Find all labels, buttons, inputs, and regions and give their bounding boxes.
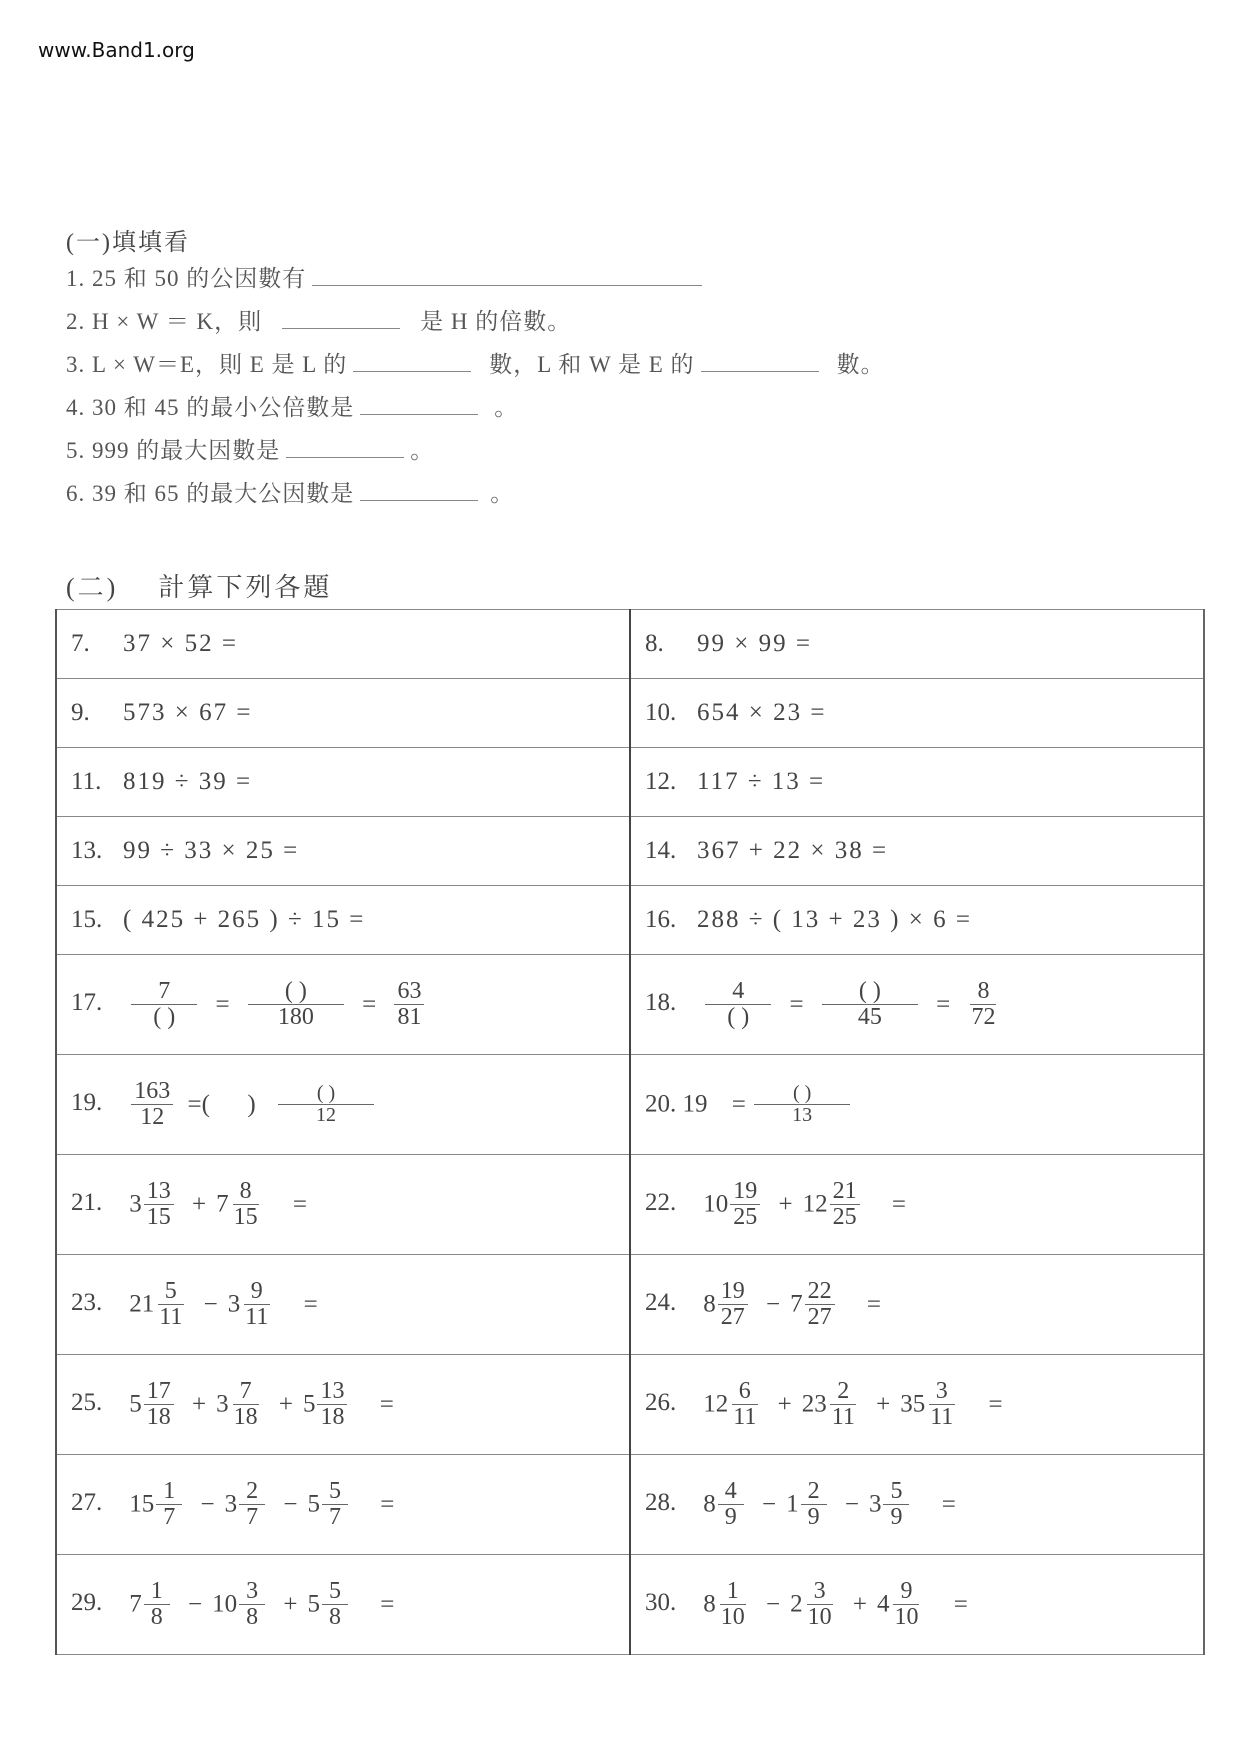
question-28[interactable]: 28. 849 −129 −359 = [630, 1455, 1204, 1555]
question-12[interactable]: 12.117 ÷ 13 = [630, 748, 1204, 817]
whole-part: 5 [307, 1591, 320, 1618]
answer-blank[interactable] [286, 431, 404, 458]
table-row: 21. 31315 +7815 = 22. 101925 +122125 = [56, 1155, 1204, 1255]
whole-part: 3 [216, 1391, 229, 1418]
question-number: 18. [645, 989, 697, 1017]
question-16[interactable]: 16.288 ÷ ( 13 + 23 ) × 6 = [630, 886, 1204, 955]
whole-part: 10 [212, 1591, 237, 1618]
table-row: 27. 1517 −327 −557 = 28. 849 −129 −359 = [56, 1455, 1204, 1555]
question-text: 1. 25 和 50 的公因數有 [66, 266, 306, 291]
fraction: 1318 [317, 1379, 347, 1430]
whole-part: 2 [790, 1591, 803, 1618]
fraction: 59 [883, 1479, 909, 1530]
numerator: 3 [929, 1379, 955, 1405]
operator: + [279, 1391, 293, 1418]
section-number: (二) [66, 573, 118, 602]
question-number: 21. [71, 1189, 123, 1217]
fraction: ( )13 [754, 1083, 850, 1126]
whole-part: 15 [129, 1491, 154, 1518]
question-number: 13. [71, 837, 123, 865]
question-19[interactable]: 19. 16312 =( ) ( )12 [56, 1055, 630, 1155]
denominator: 7 [326, 1505, 344, 1530]
fraction: 38 [239, 1579, 265, 1630]
denominator: 8 [243, 1605, 261, 1630]
question-21[interactable]: 21. 31315 +7815 = [56, 1155, 630, 1255]
numerator: 6 [732, 1379, 758, 1405]
numerator: 17 [144, 1379, 174, 1405]
numerator: 3 [239, 1579, 265, 1605]
numerator: 13 [144, 1179, 174, 1205]
watermark: www.Band1.org [38, 38, 195, 62]
equals-sign: = [867, 1291, 881, 1318]
table-row: 23. 21511 −3911 = 24. 81927 −72227 = [56, 1255, 1204, 1355]
denominator: 45 [855, 1005, 885, 1030]
question-15[interactable]: 15.( 425 + 265 ) ÷ 15 = [56, 886, 630, 955]
question-number: 23. [71, 1289, 123, 1317]
table-row: 29. 718 −1038 +558 = 30. 8110 −2310 +491… [56, 1555, 1204, 1655]
question-number: 16. [645, 906, 697, 934]
whole-part: 1 [786, 1491, 799, 1518]
question-8[interactable]: 8.99 × 99 = [630, 610, 1204, 679]
answer-blank[interactable] [701, 345, 819, 372]
denominator: 11 [829, 1405, 858, 1430]
numerator-blank[interactable]: ( ) [754, 1083, 850, 1105]
numerator: 7 [233, 1379, 259, 1405]
fraction: 1925 [730, 1179, 760, 1230]
equals-sign: = [732, 1091, 746, 1118]
numerator: 19 [730, 1179, 760, 1205]
denominator: 18 [144, 1405, 174, 1430]
numerator-blank[interactable]: ( ) [248, 979, 344, 1005]
table-row: 9.573 × 67 = 10.654 × 23 = [56, 679, 1204, 748]
numerator: 5 [883, 1479, 909, 1505]
question-3: 3. L × W＝E，則 E 是 L 的數，L 和 W 是 E 的數。 [66, 343, 885, 386]
numerator: 2 [830, 1379, 856, 1405]
denominator: 9 [722, 1505, 740, 1530]
question-13[interactable]: 13.99 ÷ 33 × 25 = [56, 817, 630, 886]
question-number: 7. [71, 630, 123, 658]
question-7[interactable]: 7.37 × 52 = [56, 610, 630, 679]
whole-part: 21 [129, 1291, 154, 1318]
question-text: 2. H × W ＝ K，則 [66, 309, 262, 334]
denominator: 180 [275, 1005, 317, 1030]
whole-part: 7 [216, 1191, 229, 1218]
denominator: 13 [789, 1105, 815, 1126]
equals-sign: = [304, 1291, 318, 1318]
fraction: 1315 [144, 1179, 174, 1230]
question-27[interactable]: 27. 1517 −327 −557 = [56, 1455, 630, 1555]
denominator: 25 [830, 1205, 860, 1230]
question-30[interactable]: 30. 8110 −2310 +4910 = [630, 1555, 1204, 1655]
fraction: 511 [156, 1279, 185, 1330]
numerator: 9 [893, 1579, 919, 1605]
numerator: 2 [801, 1479, 827, 1505]
question-5: 5. 999 的最大因數是。 [66, 429, 885, 472]
answer-blank[interactable] [353, 345, 471, 372]
question-number: 12. [645, 768, 697, 796]
question-26[interactable]: 26. 12611 +23211 +35311 = [630, 1355, 1204, 1455]
question-number: 29. [71, 1589, 123, 1617]
fraction: 18 [144, 1579, 170, 1630]
numerator: 8 [970, 979, 996, 1005]
denominator: 12 [137, 1105, 167, 1130]
numerator: 19 [718, 1279, 748, 1305]
denominator: 7 [243, 1505, 261, 1530]
denominator: 8 [148, 1605, 166, 1630]
whole-number-blank[interactable]: =( ) [188, 1091, 256, 1118]
numerator: 8 [233, 1179, 259, 1205]
equals-sign: = [293, 1191, 307, 1218]
question-text: 。 [494, 395, 518, 420]
numerator-blank[interactable]: ( ) [278, 1083, 374, 1105]
equals-sign: = [380, 1491, 394, 1518]
question-23[interactable]: 23. 21511 −3911 = [56, 1255, 630, 1355]
operator: + [876, 1391, 890, 1418]
expression: 99 × 99 = [697, 630, 812, 657]
question-number: 17. [71, 989, 123, 1017]
operator: − [201, 1491, 215, 1518]
question-29[interactable]: 29. 718 −1038 +558 = [56, 1555, 630, 1655]
numerator-blank[interactable]: ( ) [822, 979, 918, 1005]
denominator: 18 [231, 1405, 261, 1430]
denominator: 25 [730, 1205, 760, 1230]
numerator: 4 [718, 1479, 744, 1505]
numerator: 5 [158, 1279, 184, 1305]
numerator: 7 [131, 979, 197, 1005]
denominator: 10 [891, 1605, 921, 1630]
question-number: 30. [645, 1589, 697, 1617]
question-number: 10. [645, 699, 697, 727]
whole-part: 3 [225, 1491, 238, 1518]
table-row: 17. 7( ) = ( )180 = 6381 18. 4( ) = ( )4… [56, 955, 1204, 1055]
question-number: 9. [71, 699, 123, 727]
equals-sign: = [892, 1191, 906, 1218]
denominator: 7 [160, 1505, 178, 1530]
fraction: 910 [891, 1579, 921, 1630]
equals-sign: = [936, 991, 950, 1018]
question-number: 14. [645, 837, 697, 865]
whole-part: 3 [869, 1491, 882, 1518]
operator: − [845, 1491, 859, 1518]
question-10[interactable]: 10.654 × 23 = [630, 679, 1204, 748]
fraction: 815 [231, 1179, 261, 1230]
numerator: 22 [805, 1279, 835, 1305]
operator: − [188, 1591, 202, 1618]
fraction: 16312 [131, 1079, 173, 1130]
question-17[interactable]: 17. 7( ) = ( )180 = 6381 [56, 955, 630, 1055]
equals-sign: = [954, 1591, 968, 1618]
equals-sign: = [362, 991, 376, 1018]
numerator: 1 [144, 1579, 170, 1605]
table-row: 13.99 ÷ 33 × 25 = 14.367 + 22 × 38 = [56, 817, 1204, 886]
fraction: ( )180 [248, 979, 344, 1030]
fraction: 17 [156, 1479, 182, 1530]
fraction: 6381 [394, 979, 424, 1030]
numerator: 9 [244, 1279, 270, 1305]
question-1: 1. 25 和 50 的公因數有 [66, 257, 885, 300]
question-number: 8. [645, 630, 697, 658]
operator: + [778, 1391, 792, 1418]
denominator: 18 [317, 1405, 347, 1430]
denominator: 12 [313, 1105, 339, 1126]
denominator-blank[interactable]: ( ) [724, 1005, 752, 1030]
table-row: 19. 16312 =( ) ( )12 20. 19 = ( )13 [56, 1055, 1204, 1155]
answer-blank[interactable] [282, 302, 400, 329]
denominator: 15 [144, 1205, 174, 1230]
denominator: 11 [730, 1405, 759, 1430]
question-11[interactable]: 11.819 ÷ 39 = [56, 748, 630, 817]
denominator: 9 [887, 1505, 905, 1530]
question-text: 是 H 的倍數。 [420, 309, 571, 334]
numerator: 21 [830, 1179, 860, 1205]
fraction: 1718 [144, 1379, 174, 1430]
expression: 367 + 22 × 38 = [697, 837, 888, 864]
table-row: 25. 51718 +3718 +51318 = 26. 12611 +2321… [56, 1355, 1204, 1455]
equals-sign: = [989, 1391, 1003, 1418]
whole-part: 23 [802, 1391, 827, 1418]
fraction: 611 [730, 1379, 759, 1430]
numerator: 3 [807, 1579, 833, 1605]
operator: + [192, 1191, 206, 1218]
question-text: 數，L 和 W 是 E 的 [489, 352, 694, 377]
operator: − [766, 1591, 780, 1618]
question-20[interactable]: 20. 19 = ( )13 [630, 1055, 1204, 1155]
question-number: 28. [645, 1489, 697, 1517]
equals-sign: = [216, 991, 230, 1018]
whole-part: 5 [307, 1491, 320, 1518]
section-2-title: (二)計算下列各題 [66, 567, 332, 604]
operator: + [192, 1391, 206, 1418]
question-18[interactable]: 18. 4( ) = ( )45 = 872 [630, 955, 1204, 1055]
expression: ( 425 + 265 ) ÷ 15 = [123, 906, 365, 933]
question-number: 25. [71, 1389, 123, 1417]
denominator: 11 [927, 1405, 956, 1430]
question-text: 6. 39 和 65 的最大公因數是 [66, 481, 354, 506]
denominator: 15 [231, 1205, 261, 1230]
whole-part: 12 [703, 1391, 728, 1418]
denominator: 72 [968, 1005, 998, 1030]
question-9[interactable]: 9.573 × 67 = [56, 679, 630, 748]
fraction: 2125 [830, 1179, 860, 1230]
whole-part: 8 [703, 1591, 716, 1618]
fraction: 110 [718, 1579, 748, 1630]
fill-in-section: (一)填填看 1. 25 和 50 的公因數有 2. H × W ＝ K，則是 … [66, 222, 885, 515]
section-heading: 計算下列各題 [158, 573, 332, 602]
whole-part: 5 [129, 1391, 142, 1418]
question-number: 19. [71, 1089, 123, 1117]
numerator: 5 [322, 1579, 348, 1605]
numerator: 2 [239, 1479, 265, 1505]
fraction: 27 [239, 1479, 265, 1530]
numerator: 1 [720, 1579, 746, 1605]
question-number: 24. [645, 1289, 697, 1317]
fraction: 2227 [805, 1279, 835, 1330]
question-text: 數。 [837, 352, 885, 377]
expression: 288 ÷ ( 13 + 23 ) × 6 = [697, 906, 972, 933]
fraction: 872 [968, 979, 998, 1030]
operator: − [204, 1291, 218, 1318]
operator: − [283, 1491, 297, 1518]
equals-sign: = [380, 1391, 394, 1418]
question-number: 20. 19 [645, 1091, 708, 1118]
question-text: 4. 30 和 45 的最小公倍數是 [66, 395, 354, 420]
operator: − [766, 1291, 780, 1318]
denominator: 81 [394, 1005, 424, 1030]
whole-part: 10 [703, 1191, 728, 1218]
numerator: 1 [156, 1479, 182, 1505]
answer-blank[interactable] [360, 474, 478, 501]
question-text: 。 [410, 438, 434, 463]
whole-part: 7 [129, 1591, 142, 1618]
denominator: 10 [805, 1605, 835, 1630]
numerator: 63 [394, 979, 424, 1005]
operator: + [779, 1191, 793, 1218]
fraction: ( )12 [278, 1083, 374, 1126]
table-row: 15.( 425 + 265 ) ÷ 15 = 16.288 ÷ ( 13 + … [56, 886, 1204, 955]
question-22[interactable]: 22. 101925 +122125 = [630, 1155, 1204, 1255]
numerator: 4 [705, 979, 771, 1005]
equals-sign: = [380, 1591, 394, 1618]
whole-part: 7 [790, 1291, 803, 1318]
fraction: 57 [322, 1479, 348, 1530]
question-25[interactable]: 25. 51718 +3718 +51318 = [56, 1355, 630, 1455]
question-number: 15. [71, 906, 123, 934]
question-text: 。 [490, 481, 514, 506]
numerator: 163 [131, 1079, 173, 1105]
section-1-title: (一)填填看 [66, 222, 885, 257]
fraction: 4( ) [705, 979, 771, 1030]
fraction: 58 [322, 1579, 348, 1630]
whole-part: 3 [228, 1291, 241, 1318]
question-24[interactable]: 24. 81927 −72227 = [630, 1255, 1204, 1355]
fraction: 718 [231, 1379, 261, 1430]
fraction: 211 [829, 1379, 858, 1430]
question-6: 6. 39 和 65 的最大公因數是。 [66, 472, 885, 515]
expression: 99 ÷ 33 × 25 = [123, 837, 299, 864]
fraction: 49 [718, 1479, 744, 1530]
question-number: 22. [645, 1189, 697, 1217]
answer-blank[interactable] [312, 259, 702, 286]
whole-part: 4 [877, 1591, 890, 1618]
operator: − [762, 1491, 776, 1518]
denominator: 8 [326, 1605, 344, 1630]
denominator: 9 [805, 1505, 823, 1530]
fraction: ( )45 [822, 979, 918, 1030]
denominator: 11 [156, 1305, 185, 1330]
equals-sign: = [942, 1491, 956, 1518]
denominator: 10 [718, 1605, 748, 1630]
question-number: 27. [71, 1489, 123, 1517]
denominator-blank[interactable]: ( ) [150, 1005, 178, 1030]
expression: 654 × 23 = [697, 699, 826, 726]
question-number: 11. [71, 768, 123, 796]
fraction: 29 [801, 1479, 827, 1530]
denominator: 27 [805, 1305, 835, 1330]
question-14[interactable]: 14.367 + 22 × 38 = [630, 817, 1204, 886]
whole-part: 8 [703, 1291, 716, 1318]
operator: + [853, 1591, 867, 1618]
operator: + [283, 1591, 297, 1618]
expression: 573 × 67 = [123, 699, 252, 726]
question-number: 26. [645, 1389, 697, 1417]
whole-part: 35 [900, 1391, 925, 1418]
fraction: 311 [927, 1379, 956, 1430]
fraction: 7( ) [131, 979, 197, 1030]
table-row: 7.37 × 52 = 8.99 × 99 = [56, 610, 1204, 679]
expression: 819 ÷ 39 = [123, 768, 252, 795]
numerator: 5 [322, 1479, 348, 1505]
denominator: 27 [718, 1305, 748, 1330]
whole-part: 8 [703, 1491, 716, 1518]
expression: 117 ÷ 13 = [697, 768, 825, 795]
fraction: 310 [805, 1579, 835, 1630]
equals-sign: = [790, 991, 804, 1018]
table-row: 11.819 ÷ 39 = 12.117 ÷ 13 = [56, 748, 1204, 817]
question-2: 2. H × W ＝ K，則是 H 的倍數。 [66, 300, 885, 343]
question-text: 5. 999 的最大因數是 [66, 438, 280, 463]
numerator: 13 [317, 1379, 347, 1405]
question-text: 3. L × W＝E，則 E 是 L 的 [66, 352, 347, 377]
question-4: 4. 30 和 45 的最小公倍數是。 [66, 386, 885, 429]
calculation-table: 7.37 × 52 = 8.99 × 99 = 9.573 × 67 = 10.… [55, 609, 1205, 1655]
whole-part: 12 [803, 1191, 828, 1218]
whole-part: 5 [303, 1391, 316, 1418]
answer-blank[interactable] [360, 388, 478, 415]
whole-part: 3 [129, 1191, 142, 1218]
fraction: 1927 [718, 1279, 748, 1330]
denominator: 11 [242, 1305, 271, 1330]
fraction: 911 [242, 1279, 271, 1330]
expression: 37 × 52 = [123, 630, 238, 657]
